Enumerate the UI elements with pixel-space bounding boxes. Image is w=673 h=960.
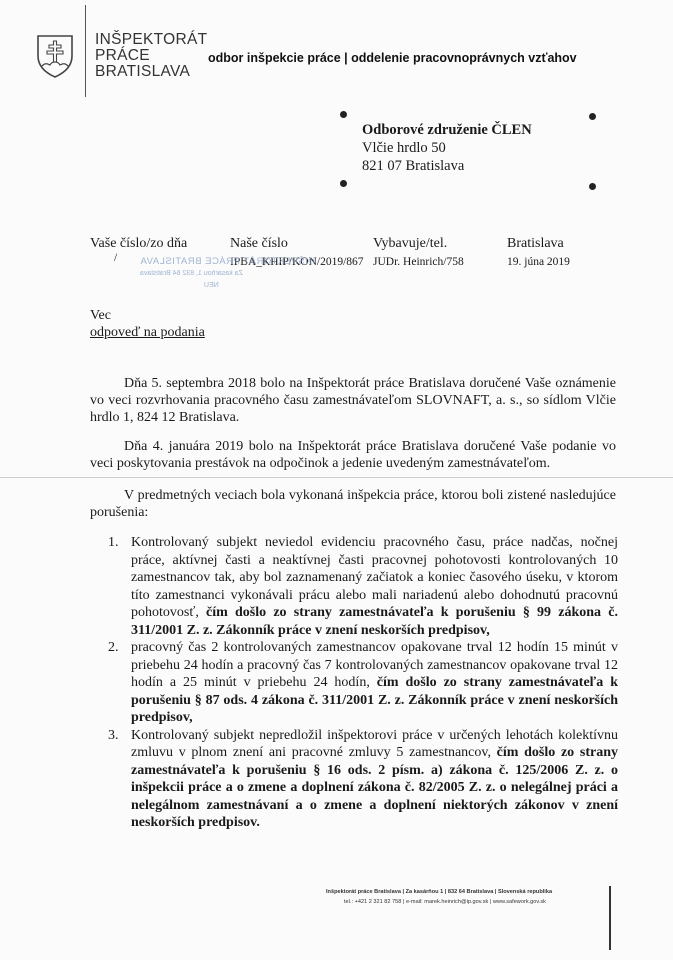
stamp-line-3: NEU [204,280,219,291]
org-line-2: PRÁCE [95,48,207,64]
handled-by-label: Vybavuje/tel. [373,236,447,252]
violation-number: 1. [108,534,119,552]
place: Bratislava [507,236,564,252]
organization-name: INŠPEKTORÁT PRÁCE BRATISLAVA [95,32,207,80]
footer-contacts: tel.: +421 2 321 82 758 | e-mail: marek.… [326,897,612,907]
footer-contact: Inšpektorát práce Bratislava | Za kasárň… [326,887,612,907]
slovak-coat-of-arms-icon [36,34,74,78]
recipient-name: Odborové združenie ČLEN [362,121,532,139]
subject-label: Vec [90,307,205,324]
recipient-street: Vlčie hrdlo 50 [362,139,532,157]
paragraph-2: Dňa 4. januára 2019 bolo na Inšpektorát … [90,438,616,472]
footer-address: Inšpektorát práce Bratislava | Za kasárň… [326,887,612,897]
paragraph-2-text: Dňa 4. januára 2019 bolo na Inšpektorát … [90,439,616,471]
violation-item: 1. Kontrolovaný subjekt neviedol evidenc… [108,534,618,639]
violations-list: 1. Kontrolovaný subjekt neviedol evidenc… [108,534,618,832]
subject-block: Vec odpoveď na podania [90,307,205,341]
org-line-3: BRATISLAVA [95,64,207,80]
address-window-mark [340,180,347,187]
address-window-mark [589,113,596,120]
violation-item: 3. Kontrolovaný subjekt nepredložil inšp… [108,727,618,832]
your-ref-value: / [114,252,117,264]
address-window-mark [340,111,347,118]
recipient-address: Odborové združenie ČLEN Vlčie hrdlo 50 8… [362,121,532,175]
stamp-line-2: Za kasárňou 1, 832 64 Bratislava [140,268,243,279]
violation-number: 2. [108,639,119,657]
paragraph-3-text: V predmetných veciach bola vykonaná inšp… [90,488,616,520]
paragraph-3: V predmetných veciach bola vykonaná inšp… [90,487,616,521]
paragraph-1-text: Dňa 5. septembra 2018 bolo na Inšpektorá… [90,376,616,425]
department-name: odbor inšpekcie práce | oddelenie pracov… [208,51,577,65]
your-ref-label: Vaše číslo/zo dňa [90,236,187,252]
handled-by-value: JUDr. Heinrich/758 [373,256,464,268]
paragraph-1: Dňa 5. septembra 2018 bolo na Inšpektorá… [90,375,616,426]
stamp-line-1: INŠPEKTORÁT PRÁCE BRATISLAVA [140,256,315,267]
header-divider [85,5,86,97]
our-ref-label: Naše číslo [230,236,288,252]
scan-artifact-line [0,477,673,478]
footer-divider [609,886,611,950]
org-line-1: INŠPEKTORÁT [95,32,207,48]
violation-number: 3. [108,727,119,745]
recipient-city: 821 07 Bratislava [362,157,532,175]
letter-date: 19. júna 2019 [507,256,570,268]
received-stamp: INŠPEKTORÁT PRÁCE BRATISLAVA Za kasárňou… [140,256,315,291]
subject-text: odpoveď na podania [90,324,205,341]
address-window-mark [589,183,596,190]
violation-item: 2. pracovný čas 2 kontrolovaných zamestn… [108,639,618,727]
